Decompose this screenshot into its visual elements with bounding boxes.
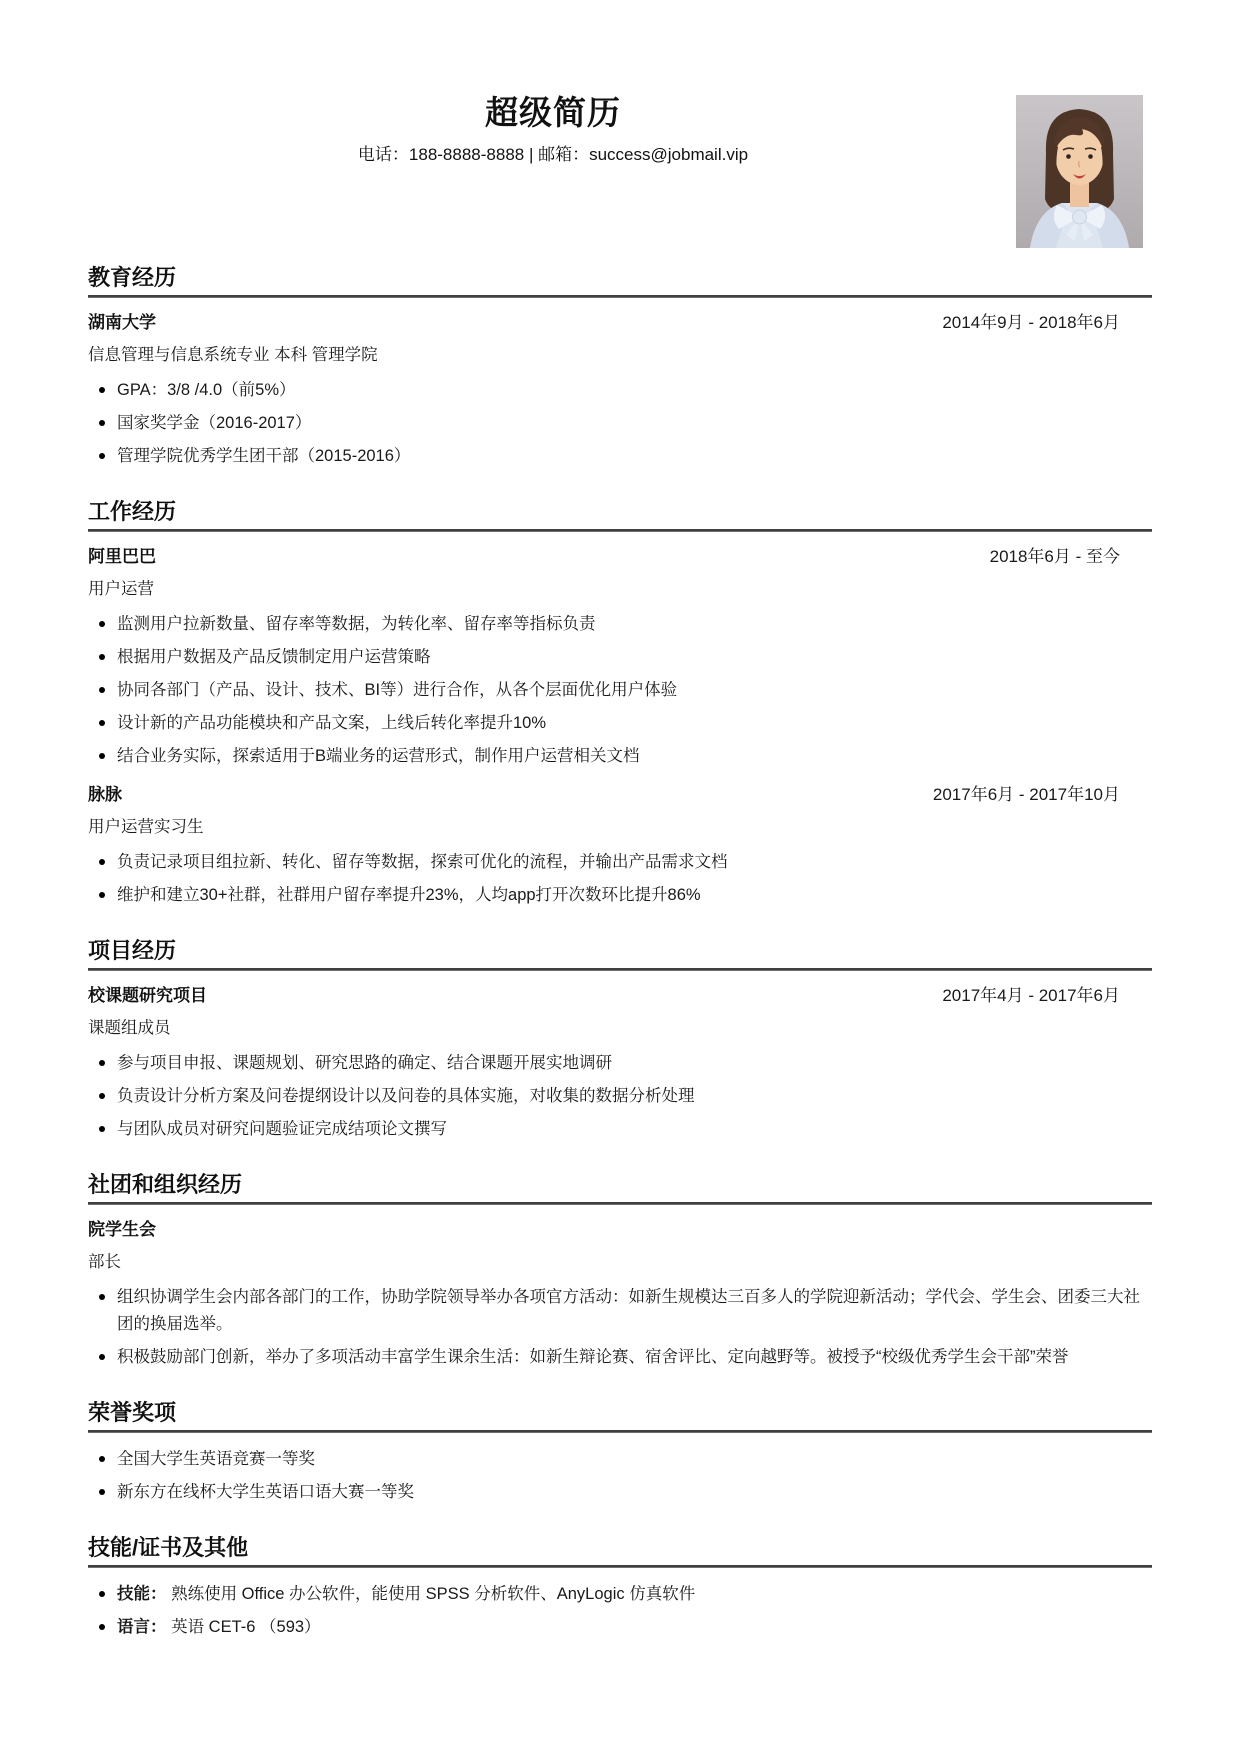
bullet-dot-icon xyxy=(99,621,105,627)
header-text-block: 超级简历 电话：188-8888-8888 | 邮箱：success@jobma… xyxy=(88,0,1018,167)
section-heading: 教育经历 xyxy=(88,263,1152,293)
section-0: 教育经历湖南大学2014年9月 - 2018年6月信息管理与信息系统专业 本科 … xyxy=(88,263,1152,470)
section-heading: 技能/证书及其他 xyxy=(88,1533,1152,1563)
bullet-dot-icon xyxy=(99,1591,105,1597)
bullet-dot-icon xyxy=(99,387,105,393)
entry-head: 阿里巴巴2018年6月 - 至今 xyxy=(88,545,1152,569)
profile-photo xyxy=(1016,95,1143,248)
bullet-dot-icon xyxy=(99,1126,105,1132)
bullet-text: 国家奖学金（2016-2017） xyxy=(117,414,311,432)
entry-subtitle: 用户运营 xyxy=(88,577,1152,601)
bullet-list: 技能： 熟练使用 Office 办公软件，能使用 SPSS 分析软件、AnyLo… xyxy=(88,1581,1152,1641)
entry: 全国大学生英语竞赛一等奖新东方在线杯大学生英语口语大赛一等奖 xyxy=(88,1446,1152,1506)
bullet-dot-icon xyxy=(99,420,105,426)
entry-subtitle: 信息管理与信息系统专业 本科 管理学院 xyxy=(88,343,1152,367)
entry: 校课题研究项目2017年4月 - 2017年6月课题组成员参与项目申报、课题规划… xyxy=(88,984,1152,1143)
bullet-item: 结合业务实际，探索适用于B端业务的运营形式，制作用户运营相关文档 xyxy=(88,743,1152,770)
sections: 教育经历湖南大学2014年9月 - 2018年6月信息管理与信息系统专业 本科 … xyxy=(88,263,1152,1641)
bullet-item: 设计新的产品功能模块和产品文案，上线后转化率提升10% xyxy=(88,710,1152,737)
section-heading: 荣誉奖项 xyxy=(88,1398,1152,1428)
bullet-dot-icon xyxy=(99,687,105,693)
entry: 湖南大学2014年9月 - 2018年6月信息管理与信息系统专业 本科 管理学院… xyxy=(88,311,1152,470)
bullet-item: 新东方在线杯大学生英语口语大赛一等奖 xyxy=(88,1479,1152,1506)
bullet-list: 负责记录项目组拉新、转化、留存等数据，探索可优化的流程，并输出产品需求文档维护和… xyxy=(88,849,1152,909)
bullet-text: 监测用户拉新数量、留存率等数据，为转化率、留存率等指标负责 xyxy=(117,615,596,633)
bullet-dot-icon xyxy=(99,1294,105,1300)
entry-head: 校课题研究项目2017年4月 - 2017年6月 xyxy=(88,984,1152,1008)
bullet-dot-icon xyxy=(99,720,105,726)
resume-content: 超级简历 电话：188-8888-8888 | 邮箱：success@jobma… xyxy=(0,0,1240,1641)
bullet-item: 语言： 英语 CET-6 （593） xyxy=(88,1614,1152,1641)
bullet-text: 新东方在线杯大学生英语口语大赛一等奖 xyxy=(117,1483,414,1501)
bullet-item: 监测用户拉新数量、留存率等数据，为转化率、留存率等指标负责 xyxy=(88,611,1152,638)
bullet-item: 负责记录项目组拉新、转化、留存等数据，探索可优化的流程，并输出产品需求文档 xyxy=(88,849,1152,876)
entry-date: 2014年9月 - 2018年6月 xyxy=(942,311,1152,335)
section-1: 工作经历阿里巴巴2018年6月 - 至今用户运营监测用户拉新数量、留存率等数据，… xyxy=(88,497,1152,909)
entry-subtitle: 课题组成员 xyxy=(88,1016,1152,1040)
bullet-text: 负责记录项目组拉新、转化、留存等数据，探索可优化的流程，并输出产品需求文档 xyxy=(117,853,728,871)
bullet-text: 管理学院优秀学生团干部（2015-2016） xyxy=(117,447,410,465)
page-title: 超级简历 xyxy=(88,90,1018,136)
section-5: 技能/证书及其他技能： 熟练使用 Office 办公软件，能使用 SPSS 分析… xyxy=(88,1533,1152,1641)
entry-date: 2017年4月 - 2017年6月 xyxy=(942,984,1152,1008)
bullet-text: 负责设计分析方案及问卷提纲设计以及问卷的具体实施，对收集的数据分析处理 xyxy=(117,1087,695,1105)
bullet-list: 组织协调学生会内部各部门的工作，协助学院领导举办各项官方活动：如新生规模达三百多… xyxy=(88,1284,1152,1371)
bullet-text: 参与项目申报、课题规划、研究思路的确定、结合课题开展实地调研 xyxy=(117,1054,612,1072)
bullet-item: 根据用户数据及产品反馈制定用户运营策略 xyxy=(88,644,1152,671)
section-heading: 社团和组织经历 xyxy=(88,1170,1152,1200)
bullet-dot-icon xyxy=(99,859,105,865)
section-rule xyxy=(88,1202,1152,1205)
section-rule xyxy=(88,968,1152,971)
bullet-label: 技能： xyxy=(117,1585,167,1603)
bullet-text: 维护和建立30+社群，社群用户留存率提升23%，人均app打开次数环比提升86% xyxy=(117,886,701,904)
bullet-dot-icon xyxy=(99,1489,105,1495)
entry-title: 校课题研究项目 xyxy=(88,984,207,1008)
bullet-list: 全国大学生英语竞赛一等奖新东方在线杯大学生英语口语大赛一等奖 xyxy=(88,1446,1152,1506)
bullet-dot-icon xyxy=(99,1456,105,1462)
section-2: 项目经历校课题研究项目2017年4月 - 2017年6月课题组成员参与项目申报、… xyxy=(88,936,1152,1143)
bullet-item: 维护和建立30+社群，社群用户留存率提升23%，人均app打开次数环比提升86% xyxy=(88,882,1152,909)
entry-title: 阿里巴巴 xyxy=(88,545,156,569)
bullet-list: GPA：3/8 /4.0（前5%）国家奖学金（2016-2017）管理学院优秀学… xyxy=(88,377,1152,470)
bullet-item: 全国大学生英语竞赛一等奖 xyxy=(88,1446,1152,1473)
bullet-text: 组织协调学生会内部各部门的工作，协助学院领导举办各项官方活动：如新生规模达三百多… xyxy=(117,1288,1140,1333)
entry-title: 脉脉 xyxy=(88,783,122,807)
entry: 脉脉2017年6月 - 2017年10月用户运营实习生负责记录项目组拉新、转化、… xyxy=(88,783,1152,909)
section-rule xyxy=(88,529,1152,532)
entry: 阿里巴巴2018年6月 - 至今用户运营监测用户拉新数量、留存率等数据，为转化率… xyxy=(88,545,1152,770)
entry-head: 脉脉2017年6月 - 2017年10月 xyxy=(88,783,1152,807)
bullet-text: 协同各部门（产品、设计、技术、BI等）进行合作，从各个层面优化用户体验 xyxy=(117,681,677,699)
bullet-text: 与团队成员对研究问题验证完成结项论文撰写 xyxy=(117,1120,447,1138)
bullet-text: 全国大学生英语竞赛一等奖 xyxy=(117,1450,315,1468)
bullet-text: 根据用户数据及产品反馈制定用户运营策略 xyxy=(117,648,431,666)
bullet-text: 结合业务实际，探索适用于B端业务的运营形式，制作用户运营相关文档 xyxy=(117,747,640,765)
bullet-text: 语言： 英语 CET-6 （593） xyxy=(117,1618,321,1636)
bullet-text: 积极鼓励部门创新，举办了多项活动丰富学生课余生活：如新生辩论赛、宿舍评比、定向越… xyxy=(117,1348,1069,1366)
bullet-item: 与团队成员对研究问题验证完成结项论文撰写 xyxy=(88,1116,1152,1143)
section-3: 社团和组织经历院学生会部长组织协调学生会内部各部门的工作，协助学院领导举办各项官… xyxy=(88,1170,1152,1371)
bullet-item: 协同各部门（产品、设计、技术、BI等）进行合作，从各个层面优化用户体验 xyxy=(88,677,1152,704)
section-heading: 工作经历 xyxy=(88,497,1152,527)
bullet-label: 语言： xyxy=(117,1618,167,1636)
bullet-item: 管理学院优秀学生团干部（2015-2016） xyxy=(88,443,1152,470)
entry-head: 湖南大学2014年9月 - 2018年6月 xyxy=(88,311,1152,335)
bullet-text: 技能： 熟练使用 Office 办公软件，能使用 SPSS 分析软件、AnyLo… xyxy=(117,1585,695,1603)
entry-subtitle: 部长 xyxy=(88,1250,1152,1274)
section-heading: 项目经历 xyxy=(88,936,1152,966)
entry-subtitle: 用户运营实习生 xyxy=(88,815,1152,839)
entry-date: 2018年6月 - 至今 xyxy=(990,545,1152,569)
entry-head: 院学生会 xyxy=(88,1218,1152,1242)
resume-page: 超级简历 电话：188-8888-8888 | 邮箱：success@jobma… xyxy=(0,0,1240,1755)
entry-date: 2017年6月 - 2017年10月 xyxy=(933,783,1152,807)
bullet-dot-icon xyxy=(99,892,105,898)
contact-line: 电话：188-8888-8888 | 邮箱：success@jobmail.vi… xyxy=(88,143,1018,167)
entry: 技能： 熟练使用 Office 办公软件，能使用 SPSS 分析软件、AnyLo… xyxy=(88,1581,1152,1641)
bullet-item: 国家奖学金（2016-2017） xyxy=(88,410,1152,437)
bullet-dot-icon xyxy=(99,1093,105,1099)
bullet-dot-icon xyxy=(99,453,105,459)
bullet-dot-icon xyxy=(99,654,105,660)
bullet-item: 负责设计分析方案及问卷提纲设计以及问卷的具体实施，对收集的数据分析处理 xyxy=(88,1083,1152,1110)
bullet-dot-icon xyxy=(99,753,105,759)
bullet-item: 组织协调学生会内部各部门的工作，协助学院领导举办各项官方活动：如新生规模达三百多… xyxy=(88,1284,1152,1338)
bullet-text: GPA：3/8 /4.0（前5%） xyxy=(117,381,296,399)
entry-title: 院学生会 xyxy=(88,1218,156,1242)
bullet-item: 积极鼓励部门创新，举办了多项活动丰富学生课余生活：如新生辩论赛、宿舍评比、定向越… xyxy=(88,1344,1152,1371)
bullet-item: 技能： 熟练使用 Office 办公软件，能使用 SPSS 分析软件、AnyLo… xyxy=(88,1581,1152,1608)
section-rule xyxy=(88,1565,1152,1568)
bullet-item: 参与项目申报、课题规划、研究思路的确定、结合课题开展实地调研 xyxy=(88,1050,1152,1077)
bullet-item: GPA：3/8 /4.0（前5%） xyxy=(88,377,1152,404)
bullet-dot-icon xyxy=(99,1624,105,1630)
bullet-text: 设计新的产品功能模块和产品文案，上线后转化率提升10% xyxy=(117,714,546,732)
resume-header: 超级简历 电话：188-8888-8888 | 邮箱：success@jobma… xyxy=(88,0,1152,236)
entry-title: 湖南大学 xyxy=(88,311,156,335)
bullet-dot-icon xyxy=(99,1354,105,1360)
bullet-dot-icon xyxy=(99,1060,105,1066)
bullet-list: 监测用户拉新数量、留存率等数据，为转化率、留存率等指标负责根据用户数据及产品反馈… xyxy=(88,611,1152,770)
section-rule xyxy=(88,1430,1152,1433)
section-rule xyxy=(88,295,1152,298)
bullet-list: 参与项目申报、课题规划、研究思路的确定、结合课题开展实地调研负责设计分析方案及问… xyxy=(88,1050,1152,1143)
entry: 院学生会部长组织协调学生会内部各部门的工作，协助学院领导举办各项官方活动：如新生… xyxy=(88,1218,1152,1371)
section-4: 荣誉奖项全国大学生英语竞赛一等奖新东方在线杯大学生英语口语大赛一等奖 xyxy=(88,1398,1152,1506)
